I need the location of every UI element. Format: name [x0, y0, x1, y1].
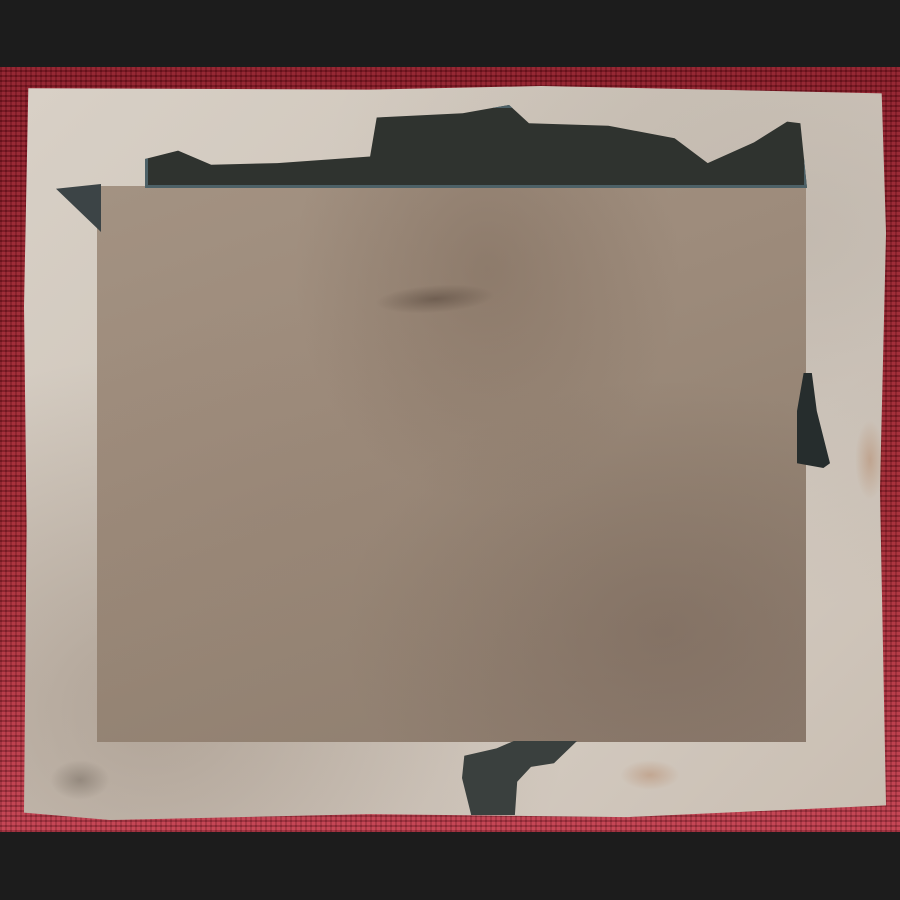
rust-stain	[855, 420, 885, 500]
rust-stain	[620, 760, 680, 790]
letterbox-bottom	[0, 832, 900, 900]
inner-panel	[97, 186, 806, 742]
letterbox-top	[0, 0, 900, 67]
grime-stain	[50, 760, 110, 800]
photo-stage	[0, 0, 900, 900]
